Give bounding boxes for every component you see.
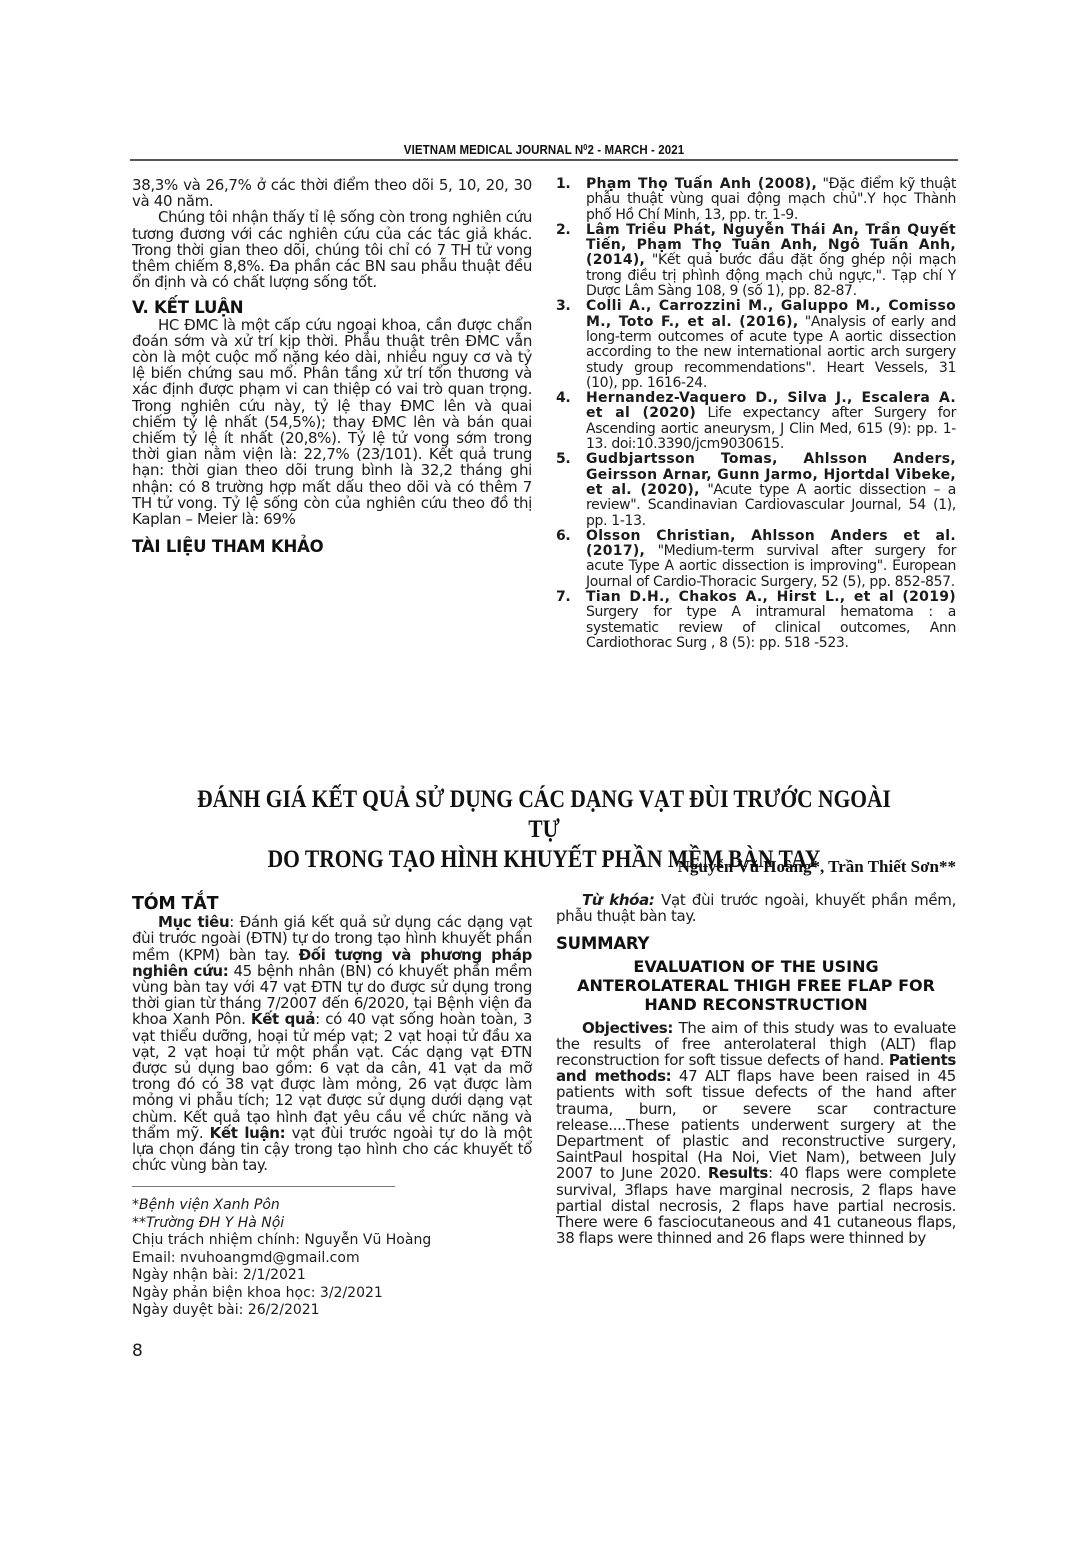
reference-number: 1. (556, 177, 570, 192)
reference-item: 2.Lâm Triều Phát, Nguyễn Thái An, Trần Q… (556, 223, 956, 299)
summary-paragraph: Objectives: The aim of this study was to… (556, 1020, 956, 1247)
discussion-paragraph: Chúng tôi nhận thấy tỉ lệ sống còn trong… (132, 209, 532, 290)
abstract-heading: TÓM TẮT (132, 896, 532, 912)
reference-number: 6. (556, 529, 570, 544)
date-accepted: Ngày duyệt bài: 26/2/2021 (132, 1302, 532, 1320)
reference-number: 4. (556, 391, 570, 406)
reference-item: 1.Phạm Thọ Tuấn Anh (2008), "Đặc điểm kỹ… (556, 177, 956, 223)
reference-number: 3. (556, 299, 570, 314)
conclusion-heading: V. KẾT LUẬN (132, 300, 532, 316)
abstract-paragraph: Mục tiêu: Đánh giá kết quả sử dụng các d… (132, 914, 532, 1173)
reference-item: 6.Olsson Christian, Ahlsson Anders et al… (556, 529, 956, 590)
reference-number: 5. (556, 452, 570, 467)
results-text: : có 40 vạt sống hoàn toàn, 3 vạt thiểu … (132, 1010, 532, 1141)
reference-item: 5.Gudbjartsson Tomas, Ahlsson Anders, Ge… (556, 452, 956, 528)
footnotes: *Bệnh viện Xanh Pôn **Trường ĐH Y Hà Nội… (132, 1197, 532, 1320)
references-heading: TÀI LIỆU THAM KHẢO (132, 539, 532, 555)
discussion-paragraph: 38,3% và 26,7% ở các thời điểm theo dõi … (132, 177, 532, 209)
reference-number: 2. (556, 223, 570, 238)
journal-name: VIETNAM MEDICAL JOURNAL N (404, 143, 584, 157)
summary-title-line: HAND RECONSTRUCTION (556, 995, 956, 1014)
abstract-column: TÓM TẮT Mục tiêu: Đánh giá kết quả sử dụ… (132, 896, 532, 1173)
summary-title-line: ANTEROLATERAL THIGH FREE FLAP FOR (556, 976, 956, 995)
reference-item: 4.Hernandez-Vaquero D., Silva J., Escale… (556, 391, 956, 452)
page-number: 8 (132, 1341, 143, 1361)
date-reviewed: Ngày phản biện khoa học: 3/2/2021 (132, 1285, 532, 1303)
reference-list: 1.Phạm Thọ Tuấn Anh (2008), "Đặc điểm kỹ… (556, 177, 956, 651)
affiliation: *Bệnh viện Xanh Pôn (132, 1197, 532, 1215)
running-header: VIETNAM MEDICAL JOURNAL N02 - MARCH - 20… (163, 143, 925, 157)
keywords-paragraph: Từ khóa: Vạt đùi trước ngoài, khuyết phầ… (556, 892, 956, 924)
summary-title: EVALUATION OF THE USING ANTEROLATERAL TH… (556, 957, 956, 1014)
references-column: 1.Phạm Thọ Tuấn Anh (2008), "Đặc điểm kỹ… (556, 177, 956, 651)
article-title-line: ĐÁNH GIÁ KẾT QUẢ SỬ DỤNG CÁC DẠNG VẠT ĐÙ… (188, 785, 900, 845)
summary-column: Từ khóa: Vạt đùi trước ngoài, khuyết phầ… (556, 892, 956, 1246)
journal-page: VIETNAM MEDICAL JOURNAL N02 - MARCH - 20… (0, 0, 1090, 1541)
affiliation: **Trường ĐH Y Hà Nội (132, 1215, 532, 1233)
reference-authors: Tian D.H., Chakos A., Hirst L., et al (2… (586, 589, 956, 605)
summary-title-line: EVALUATION OF THE USING (556, 957, 956, 976)
article-authors: Nguyễn Vũ Hoàng*, Trần Thiết Sơn** (678, 857, 956, 877)
reference-authors: Phạm Thọ Tuấn Anh (2008), (586, 176, 817, 192)
footnote-rule (132, 1186, 395, 1187)
reference-details: Surgery for type A intramural hematoma :… (586, 604, 956, 651)
date-received: Ngày nhận bài: 2/1/2021 (132, 1267, 532, 1285)
reference-number: 7. (556, 590, 570, 605)
left-column-top: 38,3% và 26,7% ở các thời điểm theo dõi … (132, 177, 532, 555)
header-rule (130, 159, 958, 161)
corresponding-author: Chịu trách nhiệm chính: Nguyễn Vũ Hoàng (132, 1232, 532, 1250)
issue-date: 2 - MARCH - 2021 (587, 143, 684, 157)
email: Email: nvuhoangmd@gmail.com (132, 1250, 532, 1268)
summary-heading: SUMMARY (556, 936, 956, 952)
conclusion-paragraph: HC ĐMC là một cấp cứu ngoại khoa, cần đư… (132, 317, 532, 528)
reference-item: 7.Tian D.H., Chakos A., Hirst L., et al … (556, 590, 956, 651)
reference-item: 3.Colli A., Carrozzini M., Galuppo M., C… (556, 299, 956, 391)
